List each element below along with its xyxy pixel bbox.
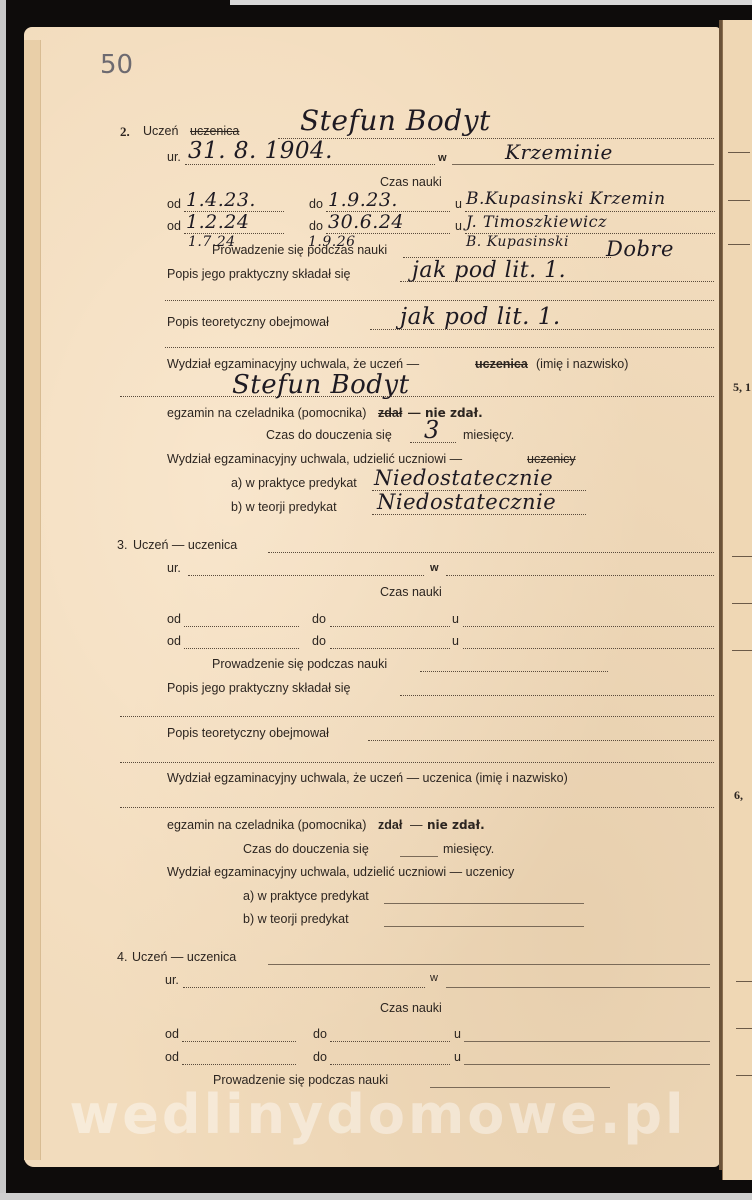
adjacent-page-mark xyxy=(736,981,752,982)
label-u: u xyxy=(455,219,462,233)
douczenie-value[interactable]: 3 xyxy=(424,416,440,444)
label-ur: ur. xyxy=(167,561,181,575)
practical-value[interactable]: jak pod lit. 1. xyxy=(412,258,566,283)
label-do: do xyxy=(313,1050,327,1064)
theoretical-label: Popis teoretyczny obejmował xyxy=(167,315,329,329)
label-do: do xyxy=(312,634,326,648)
from-line xyxy=(184,626,299,627)
label-uczen-uczenica: Uczeń — uczenica xyxy=(133,538,237,552)
section-number: 2. xyxy=(120,124,130,140)
birth-place-line xyxy=(452,164,714,165)
exam-label: egzamin na czeladnika (pomocnika) xyxy=(167,818,366,832)
exam-dash: — xyxy=(408,406,421,420)
label-w: w xyxy=(430,562,439,574)
douczenie-label: Czas do douczenia się xyxy=(243,842,369,856)
theoretical-value[interactable]: jak pod lit. 1. xyxy=(400,304,561,330)
to-line xyxy=(330,648,450,649)
exam-zdal: zdał xyxy=(378,818,402,832)
exam-label: egzamin na czeladnika (pomocnika) xyxy=(167,406,366,420)
adjacent-page-mark xyxy=(732,650,752,651)
teoria-label: b) w teorji predykat xyxy=(243,912,349,926)
practical-label: Popis jego praktyczny składał się xyxy=(167,681,350,695)
teoria-line xyxy=(384,926,584,927)
pencil-page-number: 50 xyxy=(100,50,133,80)
practical-line-2 xyxy=(120,716,714,717)
czas-nauki-heading: Czas nauki xyxy=(380,585,442,599)
practical-label: Popis jego praktyczny składał się xyxy=(167,267,350,281)
watermark-text: wedlinydomowe.pl xyxy=(58,1083,698,1146)
praktyka-label: a) w praktyce predykat xyxy=(231,476,357,490)
label-ur: ur. xyxy=(165,973,179,987)
teoria-value[interactable]: Niedostatecznie xyxy=(377,490,556,514)
to-line xyxy=(330,1064,450,1065)
master-line xyxy=(463,626,714,627)
master-line xyxy=(464,1064,710,1065)
label-od: od xyxy=(167,219,181,233)
douczenie-label: Czas do douczenia się xyxy=(266,428,392,442)
predykat-label: Wydział egzaminacyjny uchwala, udzielić … xyxy=(167,865,514,879)
scan-top-border xyxy=(230,0,752,5)
birth-date-line xyxy=(188,575,424,576)
adjacent-page-mark xyxy=(732,556,752,557)
label-uczen-uczenica: Uczeń — uczenica xyxy=(132,950,236,964)
adjacent-page-mark xyxy=(736,1075,752,1076)
name-field-line xyxy=(278,138,714,139)
conduct-line xyxy=(420,671,608,672)
section-number: 3. xyxy=(117,538,127,552)
adjacent-page-label: 6, xyxy=(734,788,743,803)
label-ur: ur. xyxy=(167,150,181,164)
label-u: u xyxy=(454,1050,461,1064)
exam-dash: — xyxy=(410,818,423,832)
czas-nauki-heading: Czas nauki xyxy=(380,1001,442,1015)
label-u: u xyxy=(455,197,462,211)
adjacent-page xyxy=(722,20,752,1180)
label-do: do xyxy=(309,219,323,233)
scan-bottom-border xyxy=(0,1193,752,1200)
label-od: od xyxy=(165,1050,179,1064)
birth-date-handwritten[interactable]: 31. 8. 1904. xyxy=(188,138,333,164)
label-u: u xyxy=(452,634,459,648)
douczenie-line xyxy=(400,856,438,857)
practical-line-2 xyxy=(165,300,714,301)
period3-master[interactable]: B. Kupasinski xyxy=(466,234,569,250)
conduct-value[interactable]: Dobre xyxy=(606,237,674,261)
period2-to[interactable]: 30.6.24 xyxy=(328,211,404,233)
douczenie-unit: miesięcy. xyxy=(443,842,494,856)
resolution-name[interactable]: Stefun Bodyt xyxy=(232,370,410,400)
practical-line xyxy=(400,695,714,696)
page-edge xyxy=(24,40,41,1160)
label-od: od xyxy=(167,634,181,648)
theoretical-line-2 xyxy=(120,762,714,763)
adjacent-page-label: 5, 1 xyxy=(733,380,751,395)
resolution-label: Wydział egzaminacyjny uchwala, że uczeń … xyxy=(167,771,568,785)
label-od: od xyxy=(167,197,181,211)
period1-to[interactable]: 1.9.23. xyxy=(328,189,398,211)
from-line xyxy=(182,1041,296,1042)
master-line xyxy=(463,648,714,649)
adjacent-page-mark xyxy=(736,1028,752,1029)
czas-nauki-heading: Czas nauki xyxy=(380,175,442,189)
label-do: do xyxy=(309,197,323,211)
resolution-name-line xyxy=(120,807,714,808)
label-od: od xyxy=(165,1027,179,1041)
name-field-line xyxy=(268,964,710,965)
label-u: u xyxy=(452,612,459,626)
resolution-name-line xyxy=(120,396,714,397)
theoretical-line-2 xyxy=(165,347,714,348)
adjacent-page-mark xyxy=(732,603,752,604)
conduct-label: Prowadzenie się podczas nauki xyxy=(212,243,387,257)
theoretical-label: Popis teoretyczny obejmował xyxy=(167,726,329,740)
label-w: w xyxy=(438,152,447,164)
period2-from[interactable]: 1.2.24 xyxy=(186,211,249,233)
praktyka-value[interactable]: Niedostatecznie xyxy=(374,466,553,490)
exam-result: nie zdał. xyxy=(427,818,485,832)
praktyka-line xyxy=(384,903,584,904)
predykat-struck: uczenicy xyxy=(527,452,576,466)
douczenie-unit: miesięcy. xyxy=(463,428,514,442)
resolution-struck: uczenica xyxy=(475,357,528,371)
birth-place-handwritten[interactable]: Krzeminie xyxy=(505,140,613,164)
label-do: do xyxy=(313,1027,327,1041)
label-u: u xyxy=(454,1027,461,1041)
birth-date-line xyxy=(183,987,425,988)
predykat-label: Wydział egzaminacyjny uchwala, udzielić … xyxy=(167,452,462,466)
scan-left-border xyxy=(0,0,6,1200)
period1-from[interactable]: 1.4.23. xyxy=(186,189,256,211)
label-w: w xyxy=(430,972,438,984)
to-line xyxy=(330,1041,450,1042)
section-number: 4. xyxy=(117,950,127,964)
label-od: od xyxy=(167,612,181,626)
theoretical-line xyxy=(368,740,714,741)
label-uczenica-struck: uczenica xyxy=(190,124,239,138)
label-do: do xyxy=(312,612,326,626)
period1-master[interactable]: B.Kupasinski Krzemin xyxy=(466,189,666,209)
master-line xyxy=(464,1041,710,1042)
period2-master[interactable]: J. Timoszkiewicz xyxy=(466,212,607,231)
adjacent-page-mark xyxy=(728,244,750,245)
label-uczen: Uczeń xyxy=(143,124,178,138)
conduct-label: Prowadzenie się podczas nauki xyxy=(212,657,387,671)
birth-place-line xyxy=(446,987,710,988)
adjacent-page-mark xyxy=(728,200,750,201)
to-line xyxy=(330,626,450,627)
resolution-suffix: (imię i nazwisko) xyxy=(536,357,628,371)
exam-zdal-struck: zdał xyxy=(378,406,402,420)
from-line xyxy=(182,1064,296,1065)
praktyka-label: a) w praktyce predykat xyxy=(243,889,369,903)
student-name-handwritten[interactable]: Stefun Bodyt xyxy=(300,104,491,137)
adjacent-page-mark xyxy=(728,152,750,153)
teoria-line xyxy=(372,514,586,515)
birth-date-line xyxy=(185,164,435,165)
resolution-label: Wydział egzaminacyjny uchwala, że uczeń … xyxy=(167,357,419,371)
teoria-label: b) w teorji predykat xyxy=(231,500,337,514)
birth-place-line xyxy=(446,575,714,576)
from-line xyxy=(184,648,299,649)
name-field-line xyxy=(268,552,714,553)
